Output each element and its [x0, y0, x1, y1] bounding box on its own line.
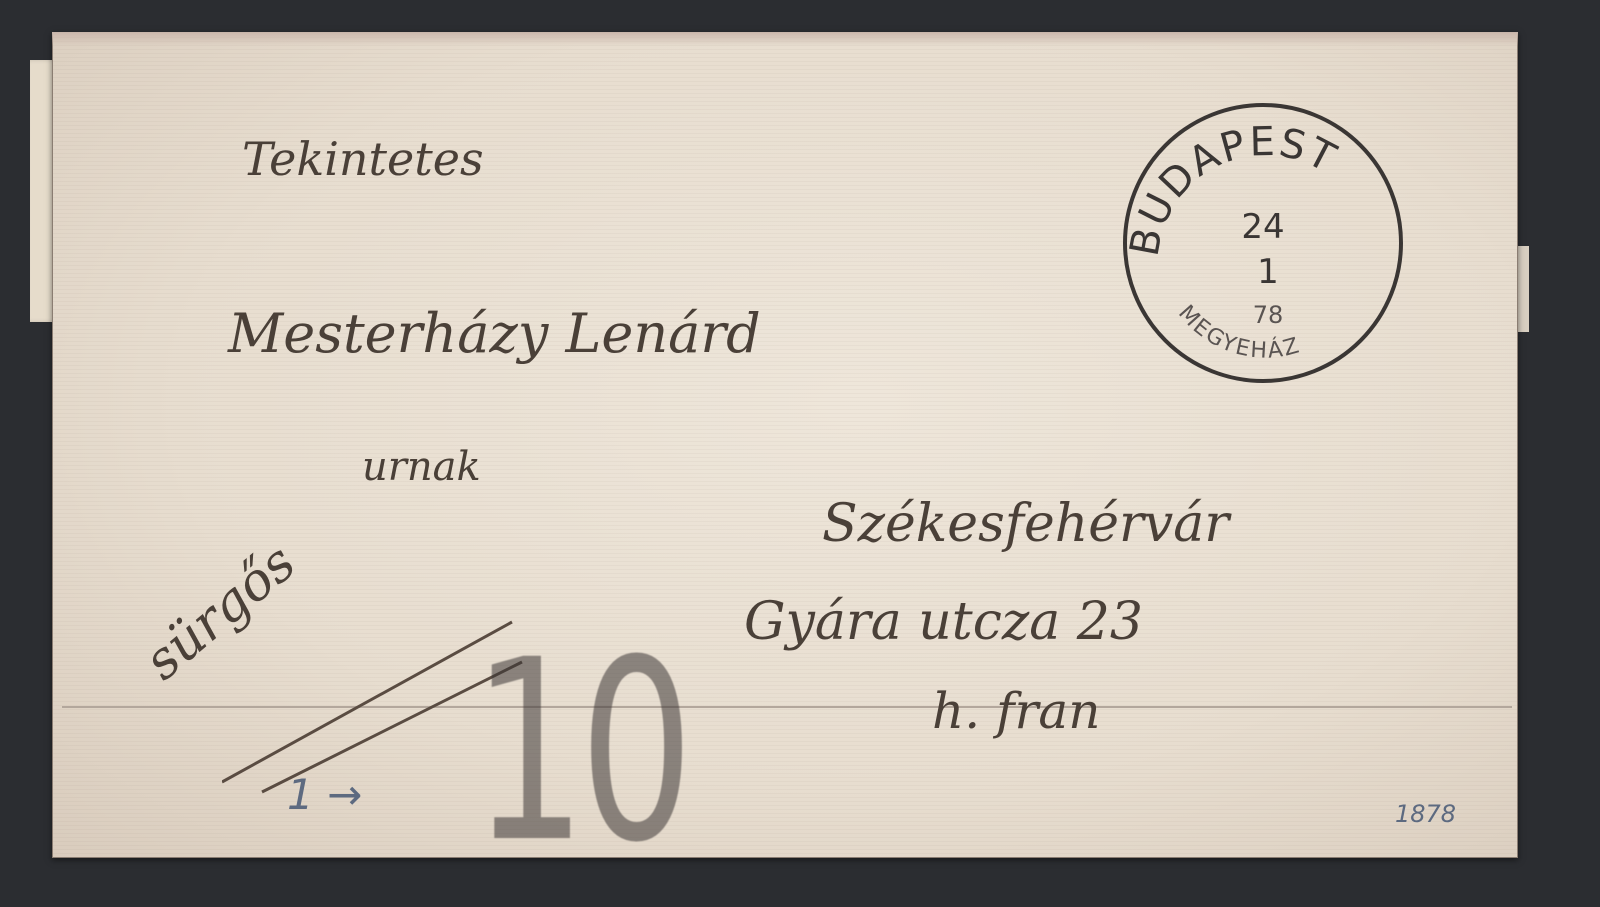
svg-text:BUDAPEST: BUDAPEST: [1122, 119, 1345, 260]
letter-sheet: Tekintetes Mesterházy Lenárd urnak Széke…: [52, 32, 1518, 858]
top-edge-stain: [52, 32, 1518, 46]
addressee-name: Mesterházy Lenárd: [228, 302, 761, 365]
catalog-note: 1878: [1395, 800, 1456, 828]
street-text: Gyára utcza 23: [744, 592, 1143, 652]
postmark-month: 1: [1257, 252, 1279, 292]
city-text: Székesfehérvár: [822, 494, 1229, 554]
honorific-text: urnak: [362, 444, 481, 490]
pencil-mark: 1 →: [287, 770, 362, 819]
postmark-city: BUDAPEST: [1122, 119, 1345, 260]
salutation-text: Tekintetes: [242, 132, 484, 186]
postmark-suffix: MEGYEHÁZ: [1173, 301, 1303, 364]
budapest-postmark: BUDAPEST MEGYEHÁZ 24 1 78: [1118, 98, 1408, 388]
postmark-year: 78: [1253, 301, 1284, 329]
charge-mark: 10: [472, 627, 687, 877]
svg-text:MEGYEHÁZ: MEGYEHÁZ: [1173, 301, 1303, 364]
delivery-note: h. fran: [932, 682, 1100, 740]
postmark-day: 24: [1241, 207, 1284, 247]
